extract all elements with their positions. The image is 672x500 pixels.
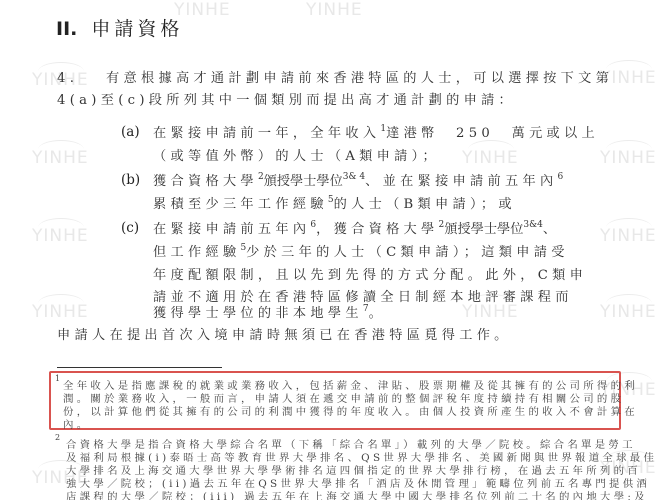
paragraph-line: 有意根據高才通計劃申請前來香港特區的人士，可以選擇按下文第	[106, 68, 613, 90]
text: 累積至少三年工作經驗	[153, 197, 328, 212]
text: 。	[369, 306, 387, 321]
footnote-line: 內。	[63, 416, 90, 431]
item-label-c: (c)	[121, 220, 139, 236]
text: 、	[543, 222, 561, 237]
footnote-line: 份，以計算他們從其擁有的公司的利潤中獲得的年度收入。由個人投資所產生的收入不會計…	[63, 403, 638, 418]
text: 少於三年的人士（C類申請）；這類申請受	[246, 245, 569, 260]
paragraph-line: 4(a)至(c)段所列其中一個類別而提出高才通計劃的申請：	[57, 90, 516, 112]
item-b-line: 獲合資格大學2頒授學士學位3& 4、並在緊接申請前五年內6	[153, 170, 563, 189]
footnote-number: 2	[55, 433, 60, 442]
footnote-ref: 3& 4	[343, 172, 365, 182]
text: 獲合資格大學	[153, 174, 258, 189]
footnote-separator	[57, 367, 222, 368]
closing-statement: 申請人在提出首次入境申請時無須已在香港特區覓得工作。	[57, 324, 512, 343]
item-c-line: 在緊接申請前五年內6，獲合資格大學2頒授學士學位3&4、	[153, 218, 560, 237]
item-label-a: (a)	[121, 124, 140, 140]
section-heading: II.申請資格	[56, 14, 183, 41]
text: 頒授學士學位	[264, 174, 343, 189]
item-a-line: （或等值外幣）的人士（A類申請）；	[153, 145, 440, 164]
item-c-line: 年度配額限制，且以先到先得的方式分配。此外，C類申	[153, 264, 587, 283]
item-a-line: 在緊接申請前一年，全年收入1達港幣 250 萬元或以上	[153, 122, 599, 141]
footnote-ref: 6	[558, 172, 564, 182]
footnote-ref: 3&4	[523, 220, 542, 230]
text: 、並在緊接申請前五年內	[365, 174, 557, 189]
section-number: II.	[56, 18, 77, 40]
text: 在緊接申請前五年內	[153, 222, 310, 237]
text: （或等值外幣）的人士（A類申請）；	[153, 149, 440, 164]
item-c-line: 但工作經驗5少於三年的人士（C類申請）；這類申請受	[153, 241, 569, 260]
text: 但工作經驗	[153, 245, 240, 260]
item-b-line: 累積至少三年工作經驗5的人士（B類申請）；或	[153, 193, 516, 212]
text: 的人士（B類申請）；或	[334, 197, 516, 212]
text: 年度配額限制，且以先到先得的方式分配。此外，C類申	[153, 268, 587, 283]
text: 頒授學士學位	[444, 222, 523, 237]
text: 在緊接申請前一年，全年收入	[153, 126, 380, 141]
item-label-b: (b)	[121, 172, 140, 188]
text: ，獲合資格大學	[316, 222, 438, 237]
item-c-line: 獲得學士學位的非本地學生7。	[153, 302, 386, 321]
text: 達港幣 250 萬元或以上	[386, 126, 599, 141]
section-title: 申請資格	[91, 18, 183, 40]
document-page: II.申請資格 4. 有意根據高才通計劃申請前來香港特區的人士，可以選擇按下文第…	[0, 0, 672, 500]
text: 獲得學士學位的非本地學生	[153, 306, 363, 321]
footnote-number: 1	[55, 374, 60, 383]
footnote-line: 店課程的大學／院校；(iii) 過去五年在上海交通大學中國大學排名位列前二十名的…	[66, 488, 648, 500]
paragraph-number: 4.	[57, 68, 78, 90]
